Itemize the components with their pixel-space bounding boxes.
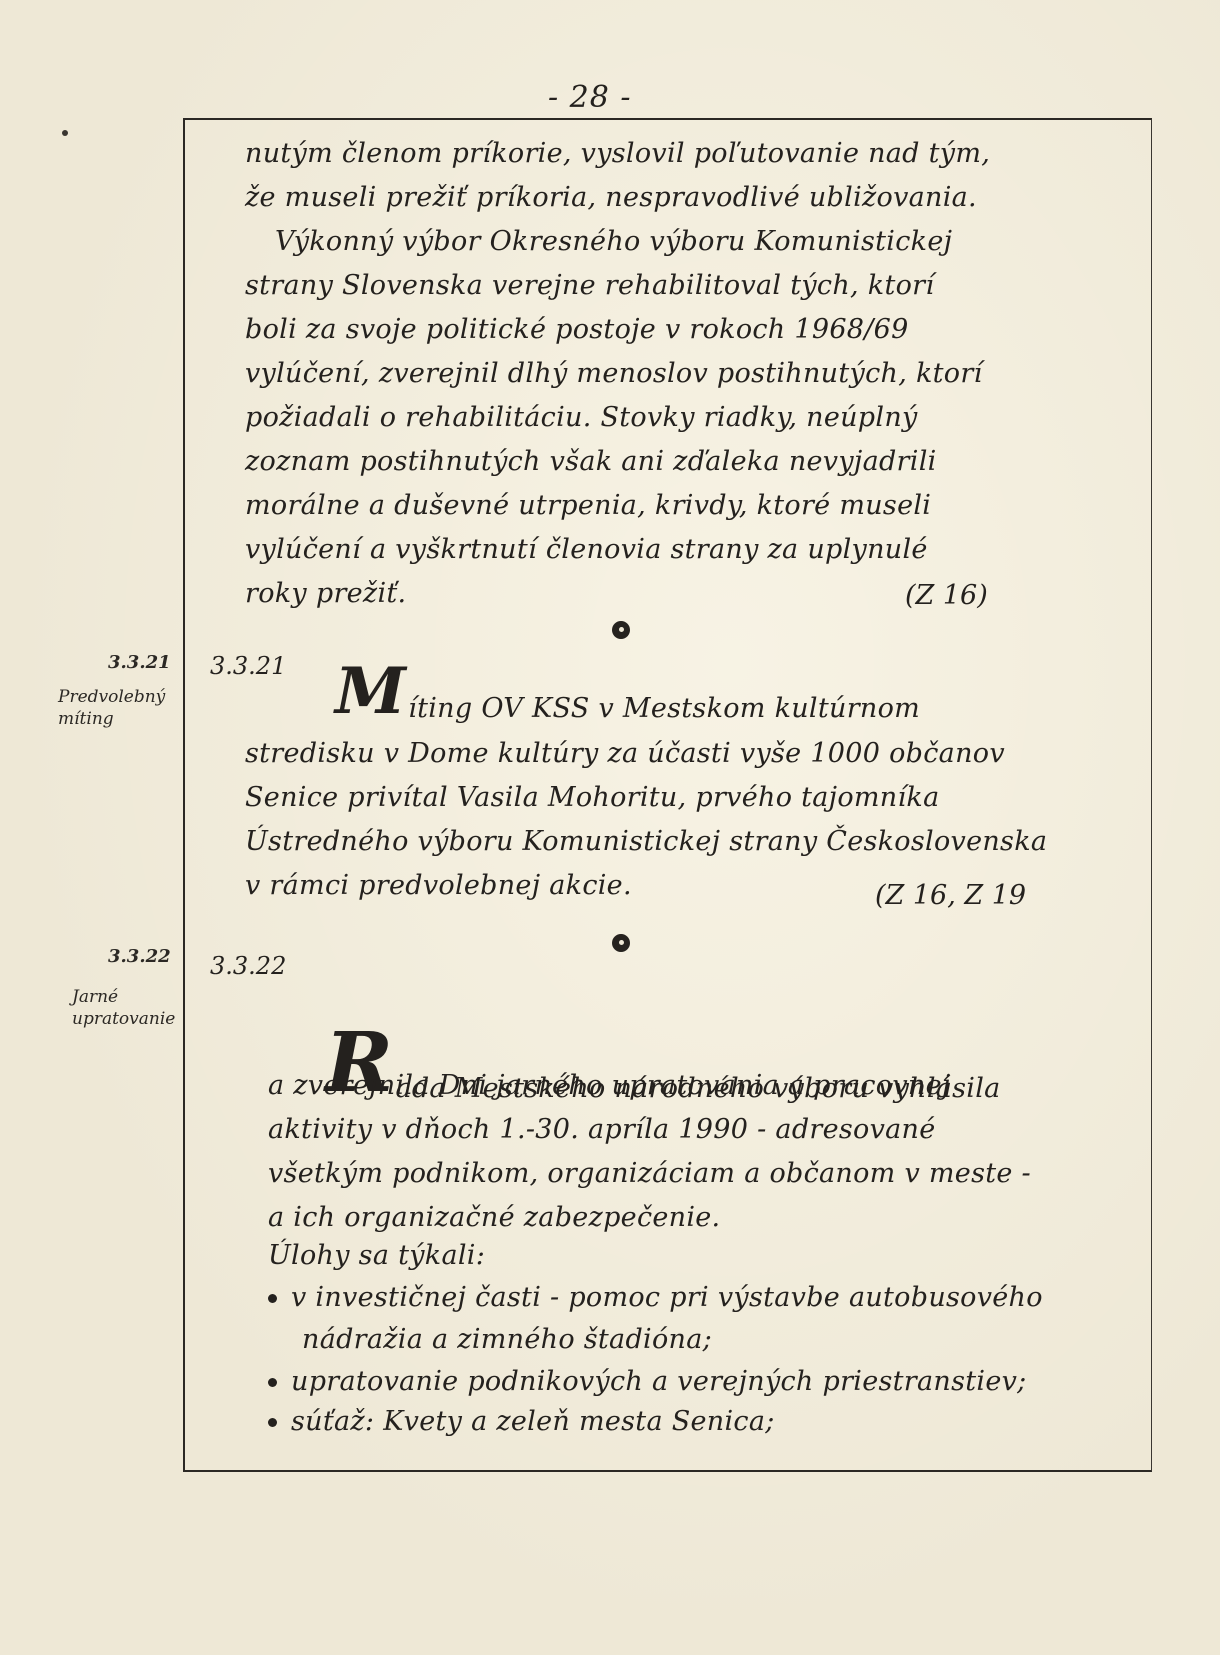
text-line: a zverejnila Dni jarného upratovania a p… <box>268 1070 951 1101</box>
text-line: strany Slovenska verejne rehabilitoval t… <box>245 270 934 301</box>
text-line: požiadali o rehabilitáciu. Stovky riadky… <box>245 402 918 433</box>
bullet-text: upratovanie podnikových a verejných prie… <box>291 1366 1027 1397</box>
section-separator-icon <box>612 621 630 639</box>
bullet-item: v investičnej časti - pomoc pri výstavbe… <box>268 1282 1043 1313</box>
bullet-icon <box>268 1378 277 1387</box>
margin-note-line: upratovanie <box>72 1008 175 1030</box>
text-line: v rámci predvolebnej akcie. <box>245 870 632 901</box>
text-line: vylúčení, zverejnil dlhý menoslov postih… <box>245 358 982 389</box>
text-line: boli za svoje politické postoje v rokoch… <box>245 314 909 345</box>
text-line: a ich organizačné zabezpečenie. <box>268 1202 720 1233</box>
bullet-item: upratovanie podnikových a verejných prie… <box>268 1366 1027 1397</box>
bullet-text: v investičnej časti - pomoc pri výstavbe… <box>291 1282 1043 1313</box>
text-line: že museli prežiť príkoria, nespravodlivé… <box>245 182 977 213</box>
entry-heading-line: Míting OV KSS v Mestskom kultúrnom <box>335 660 920 724</box>
bullet-icon <box>268 1294 277 1303</box>
text-line: Výkonný výbor Okresného výboru Komunisti… <box>275 226 952 257</box>
margin-note: Jarné upratovanie <box>72 986 175 1030</box>
source-citation: (Z 16) <box>905 580 988 611</box>
text-line: zoznam postihnutých však ani zďaleka nev… <box>245 446 937 477</box>
ink-speck <box>62 130 68 136</box>
text-line: všetkým podnikom, organizáciam a občanom… <box>268 1158 1031 1189</box>
margin-date: 3.3.22 <box>108 946 171 967</box>
text-line: Senice privítal Vasila Mohoritu, prvého … <box>245 782 940 813</box>
page-number: - 28 - <box>548 80 632 115</box>
text-line: aktivity v dňoch 1.-30. apríla 1990 - ad… <box>268 1114 936 1145</box>
text-line: Ústredného výboru Komunistickej strany Č… <box>245 826 1047 857</box>
text-line: Úlohy sa týkali: <box>268 1240 485 1271</box>
bullet-continuation: nádražia a zimného štadióna; <box>302 1324 712 1355</box>
text-line: vylúčení a vyškrtnutí členovia strany za… <box>245 534 928 565</box>
text-line: nutým členom príkorie, vyslovil poľutova… <box>245 138 990 169</box>
section-separator-icon <box>612 934 630 952</box>
drop-cap-initial: M <box>335 660 406 724</box>
bullet-icon <box>268 1418 277 1427</box>
margin-note-line: Jarné <box>72 986 175 1008</box>
entry-date: 3.3.22 <box>210 952 286 980</box>
bullet-item: súťaž: Kvety a zeleň mesta Senica; <box>268 1406 775 1437</box>
entry-date: 3.3.21 <box>210 652 286 680</box>
margin-note-line: míting <box>58 708 165 730</box>
text-line: stredisku v Dome kultúry za účasti vyše … <box>245 738 1005 769</box>
text-line: roky prežiť. <box>245 578 406 609</box>
bullet-text: súťaž: Kvety a zeleň mesta Senica; <box>291 1406 775 1437</box>
text-run: íting OV KSS v Mestskom kultúrnom <box>408 693 920 724</box>
text-line: morálne a duševné utrpenia, krivdy, ktor… <box>245 490 931 521</box>
margin-note-line: Predvolebný <box>58 686 165 708</box>
margin-date: 3.3.21 <box>108 652 171 673</box>
margin-note: Predvolebný míting <box>58 686 165 730</box>
chronicle-page: - 28 - nutým členom príkorie, vyslovil p… <box>0 0 1220 1655</box>
source-citation: (Z 16, Z 19 <box>875 880 1026 911</box>
